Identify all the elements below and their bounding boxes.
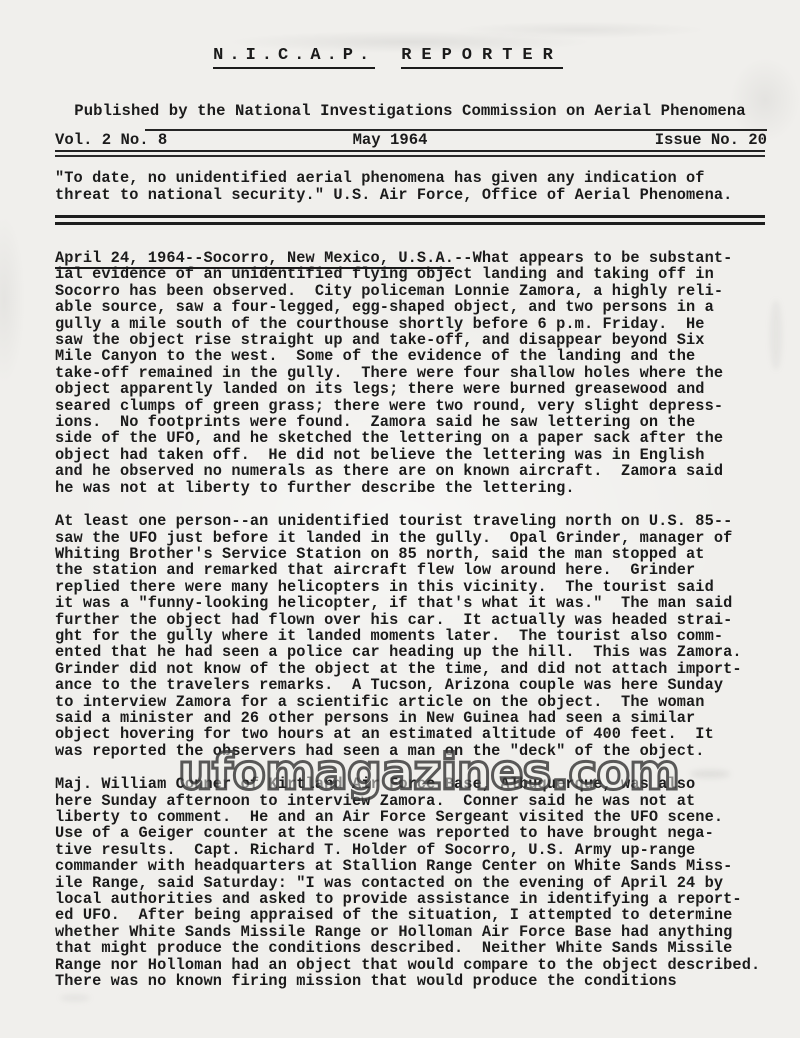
article-body: April 24, 1964--Socorro, New Mexico, U.S…: [55, 250, 765, 989]
paragraph-tourist-witness: At least one person--an unidentified tou…: [55, 513, 765, 759]
publisher-line: Published by the National Investigations…: [55, 102, 765, 120]
volume-number: Vol. 2 No. 8: [55, 131, 167, 149]
masthead-reporter: REPORTER: [401, 46, 563, 69]
issue-bar-bottom-rule-2: [55, 155, 765, 157]
scan-smudge: [60, 995, 90, 1001]
masthead-title: N.I.C.A.P.REPORTER: [33, 46, 743, 66]
paragraph-military-response: Maj. William Conner of Kirtland Air Forc…: [55, 776, 765, 989]
issue-number: Issue No. 20: [655, 131, 767, 149]
paragraph-socorro-text: --What appears to be substant- ial evide…: [55, 249, 732, 497]
issue-bar-bottom-rule: [55, 150, 765, 152]
issue-bar: May 1964 Vol. 2 No. 8 Issue No. 20: [55, 129, 765, 147]
masthead-nicap: N.I.C.A.P.: [213, 46, 375, 69]
air-force-quote: "To date, no unidentified aerial phenome…: [55, 170, 765, 204]
section-divider-rule: [55, 215, 765, 225]
paragraph-socorro-sighting: April 24, 1964--Socorro, New Mexico, U.S…: [55, 250, 765, 496]
scan-smudge: [770, 300, 782, 370]
newsletter-page: N.I.C.A.P.REPORTER Published by the Nati…: [0, 0, 800, 1038]
